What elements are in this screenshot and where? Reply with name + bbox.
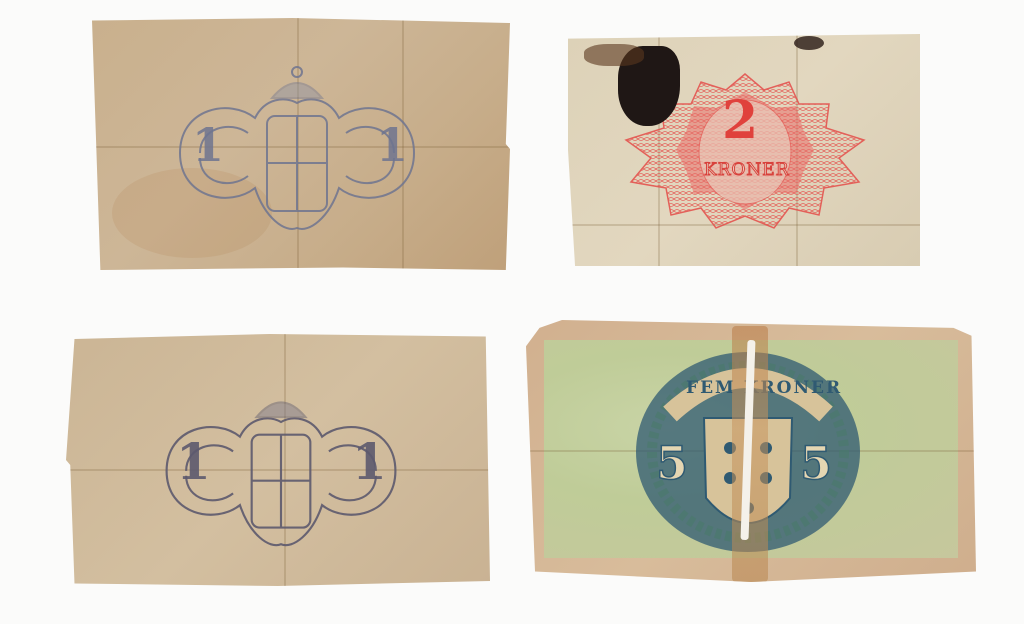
denomination-numeral-left: 1 bbox=[192, 118, 224, 172]
banknote-1-krone-bottom: 1 1 bbox=[66, 334, 490, 586]
denomination-text: KRONER bbox=[704, 160, 790, 180]
denomination-numeral-left: 1 bbox=[176, 432, 211, 491]
banknote-1-krone-top: 1 1 bbox=[92, 18, 510, 270]
burn-stain bbox=[584, 44, 644, 66]
denomination-numeral-right: 1 bbox=[352, 432, 387, 491]
denomination-numeral: 2 bbox=[722, 90, 758, 151]
denomination-numeral-right: 5 bbox=[800, 436, 832, 490]
denomination-numeral-right: 1 bbox=[376, 118, 408, 172]
banknote-2-kroner: 2 KRONER bbox=[568, 34, 920, 266]
denomination-numeral-left: 5 bbox=[656, 436, 688, 490]
burn-stain bbox=[794, 36, 824, 50]
banknote-5-kroner: FEM KRONER 5 5 bbox=[526, 320, 976, 582]
